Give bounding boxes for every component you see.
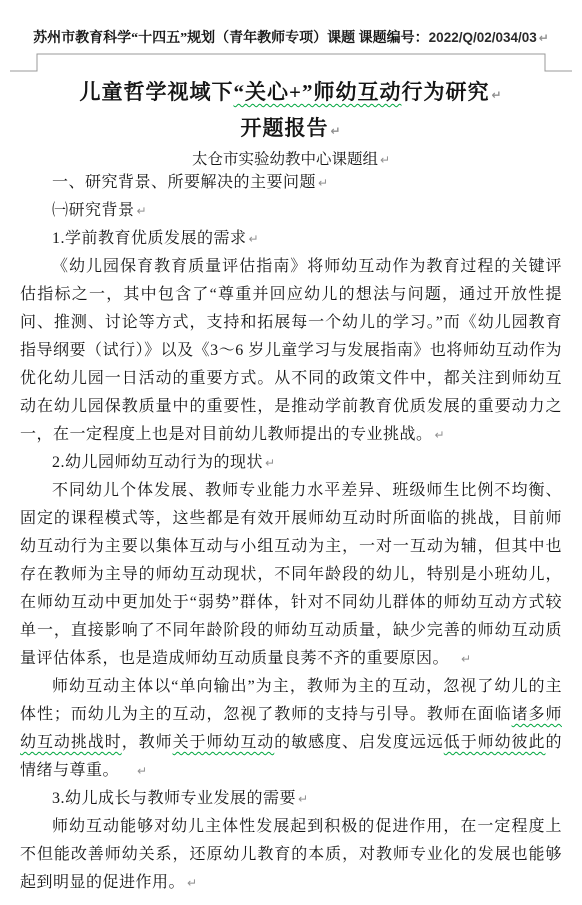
doc-subtitle: 开题报告↵	[0, 112, 582, 142]
return-mark: ↵	[461, 645, 472, 673]
subheading-3: 3.幼儿成长与教师专业发展的需要↵	[20, 785, 562, 813]
paragraph-4: 师幼互动能够对幼儿主体性发展起到积极的促进作用，在一定程度上不但能改善师幼关系，…	[20, 813, 562, 897]
return-mark: ↵	[265, 449, 276, 477]
title-post: 行为研究	[401, 80, 489, 104]
return-mark: ↵	[491, 88, 502, 102]
byline-text: 太仓市实验幼教中心课题组	[192, 151, 378, 168]
subheading-1: 1.学前教育优质发展的需求↵	[20, 225, 562, 253]
grammar-check-squiggle: 低于师幼彼此	[444, 734, 546, 751]
return-mark: ↵	[137, 757, 148, 785]
paragraph-1: 《幼儿园保育教育质量评估指南》将师幼互动作为教育过程的关键评估指标之一，其中包含…	[20, 253, 562, 449]
page-header: 苏州市教育科学“十四五”规划（青年教师专项）课题 课题编号：2022/Q/02/…	[0, 27, 582, 47]
subheading-2: 2.幼儿园师幼互动行为的现状↵	[20, 449, 562, 477]
paragraph-2: 不同幼儿个体发展、教师专业能力水平差异、班级师生比例不均衡、固定的课程模式等，这…	[20, 477, 562, 673]
topic-code: 2022/Q/02/034/03	[429, 30, 537, 45]
return-mark: ↵	[380, 153, 390, 167]
section-heading-1: 一、研究背景、所要解决的主要问题↵	[20, 169, 562, 197]
title-pre: 儿童哲学视域下	[79, 80, 233, 104]
return-mark: ↵	[318, 169, 329, 197]
return-mark: ↵	[435, 421, 446, 449]
return-mark: ↵	[330, 124, 341, 138]
paragraph-3: 师幼互动主体以“单向输出”为主，教师为主的互动，忽视了幼儿的主体性；而幼儿为主的…	[20, 673, 562, 785]
return-mark: ↵	[249, 225, 260, 253]
section-heading-1-1: ㈠研究背景↵	[20, 197, 562, 225]
subtitle-text: 开题报告	[240, 116, 328, 140]
grammar-check-squiggle: 关于师幼互动	[173, 734, 275, 751]
byline: 太仓市实验幼教中心课题组↵	[0, 147, 582, 169]
return-mark: ↵	[187, 869, 198, 897]
return-mark: ↵	[137, 197, 148, 225]
document-page: 苏州市教育科学“十四五”规划（青年教师专项）课题 课题编号：2022/Q/02/…	[0, 0, 582, 905]
header-label: 苏州市教育科学“十四五”规划（青年教师专项）课题 课题编号：	[33, 31, 429, 46]
margin-boundary-icon	[0, 50, 582, 76]
return-mark: ↵	[539, 31, 549, 45]
return-mark: ↵	[298, 785, 309, 813]
document-body: 一、研究背景、所要解决的主要问题↵ ㈠研究背景↵ 1.学前教育优质发展的需求↵ …	[20, 169, 562, 897]
title-highlight: “关心+”师幼互动	[233, 80, 401, 104]
doc-title: 儿童哲学视域下“关心+”师幼互动行为研究↵	[0, 76, 582, 106]
